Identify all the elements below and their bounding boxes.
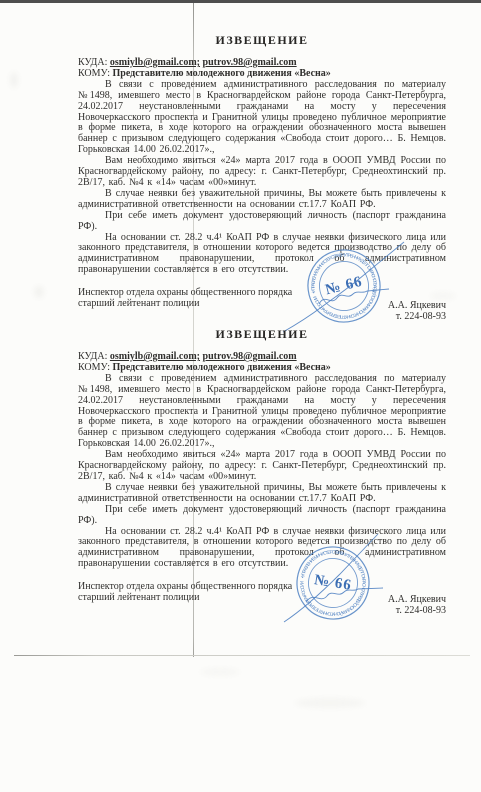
- signer-role: Инспектор отдела охраны общественного по…: [78, 582, 292, 604]
- page-divider-line: [14, 655, 470, 656]
- email-address-2: putrov.98@gmail.com: [203, 57, 297, 68]
- kuda-label: КУДА:: [78, 57, 107, 68]
- email-address-1: osmiylb@gmail.com;: [110, 57, 200, 68]
- email-address-1: osmiylb@gmail.com;: [110, 351, 200, 362]
- police-round-stamp: • УПРАВЛЕНИЕ МИНИСТЕРСТВА ВНУТРЕННИХ ДЕЛ…: [266, 526, 400, 644]
- notice-title: ИЗВЕЩЕНИЕ: [78, 33, 446, 47]
- signer-role-line2: старший лейтенант полиции: [78, 299, 292, 310]
- signer-role-line2: старший лейтенант полиции: [78, 593, 292, 604]
- addressee-name: Представителю молодежного движения «Весн…: [113, 68, 331, 79]
- kuda-label: КУДА:: [78, 351, 107, 362]
- stamp-number: № 66: [324, 274, 365, 299]
- stamp-graphic: • УПРАВЛЕНИЕ МИНИСТЕРСТВА ВНУТРЕННИХ ДЕЛ…: [266, 526, 400, 644]
- scan-smudge: [295, 698, 365, 708]
- scan-smudge: [10, 72, 18, 88]
- scan-smudge: [200, 668, 240, 676]
- komu-label: КОМУ:: [78, 362, 110, 373]
- komu-label: КОМУ:: [78, 68, 110, 79]
- addressee-name: Представителю молодежного движения «Весн…: [113, 362, 331, 373]
- paragraph-summons: Вам необходимо явиться «24» марта 2017 г…: [78, 450, 446, 483]
- paragraph-case-description: В связи с проведением административного …: [78, 374, 446, 450]
- email-address-2: putrov.98@gmail.com: [203, 351, 297, 362]
- scan-smudge: [34, 286, 44, 298]
- signer-role: Инспектор отдела охраны общественного по…: [78, 288, 292, 310]
- paragraph-liability-warning: В случае неявки без уважительной причины…: [78, 483, 446, 505]
- scan-top-edge: [0, 0, 481, 3]
- paragraph-liability-warning: В случае неявки без уважительной причины…: [78, 189, 446, 211]
- scanned-document-page: ИЗВЕЩЕНИЕ КУДА: osmiylb@gmail.com; putro…: [0, 0, 481, 792]
- paragraph-id-requirement: При себе иметь документ удостоверяющий л…: [78, 505, 446, 527]
- paragraph-summons: Вам необходимо явиться «24» марта 2017 г…: [78, 156, 446, 189]
- notice-title: ИЗВЕЩЕНИЕ: [78, 327, 446, 341]
- paragraph-case-description: В связи с проведением административного …: [78, 80, 446, 156]
